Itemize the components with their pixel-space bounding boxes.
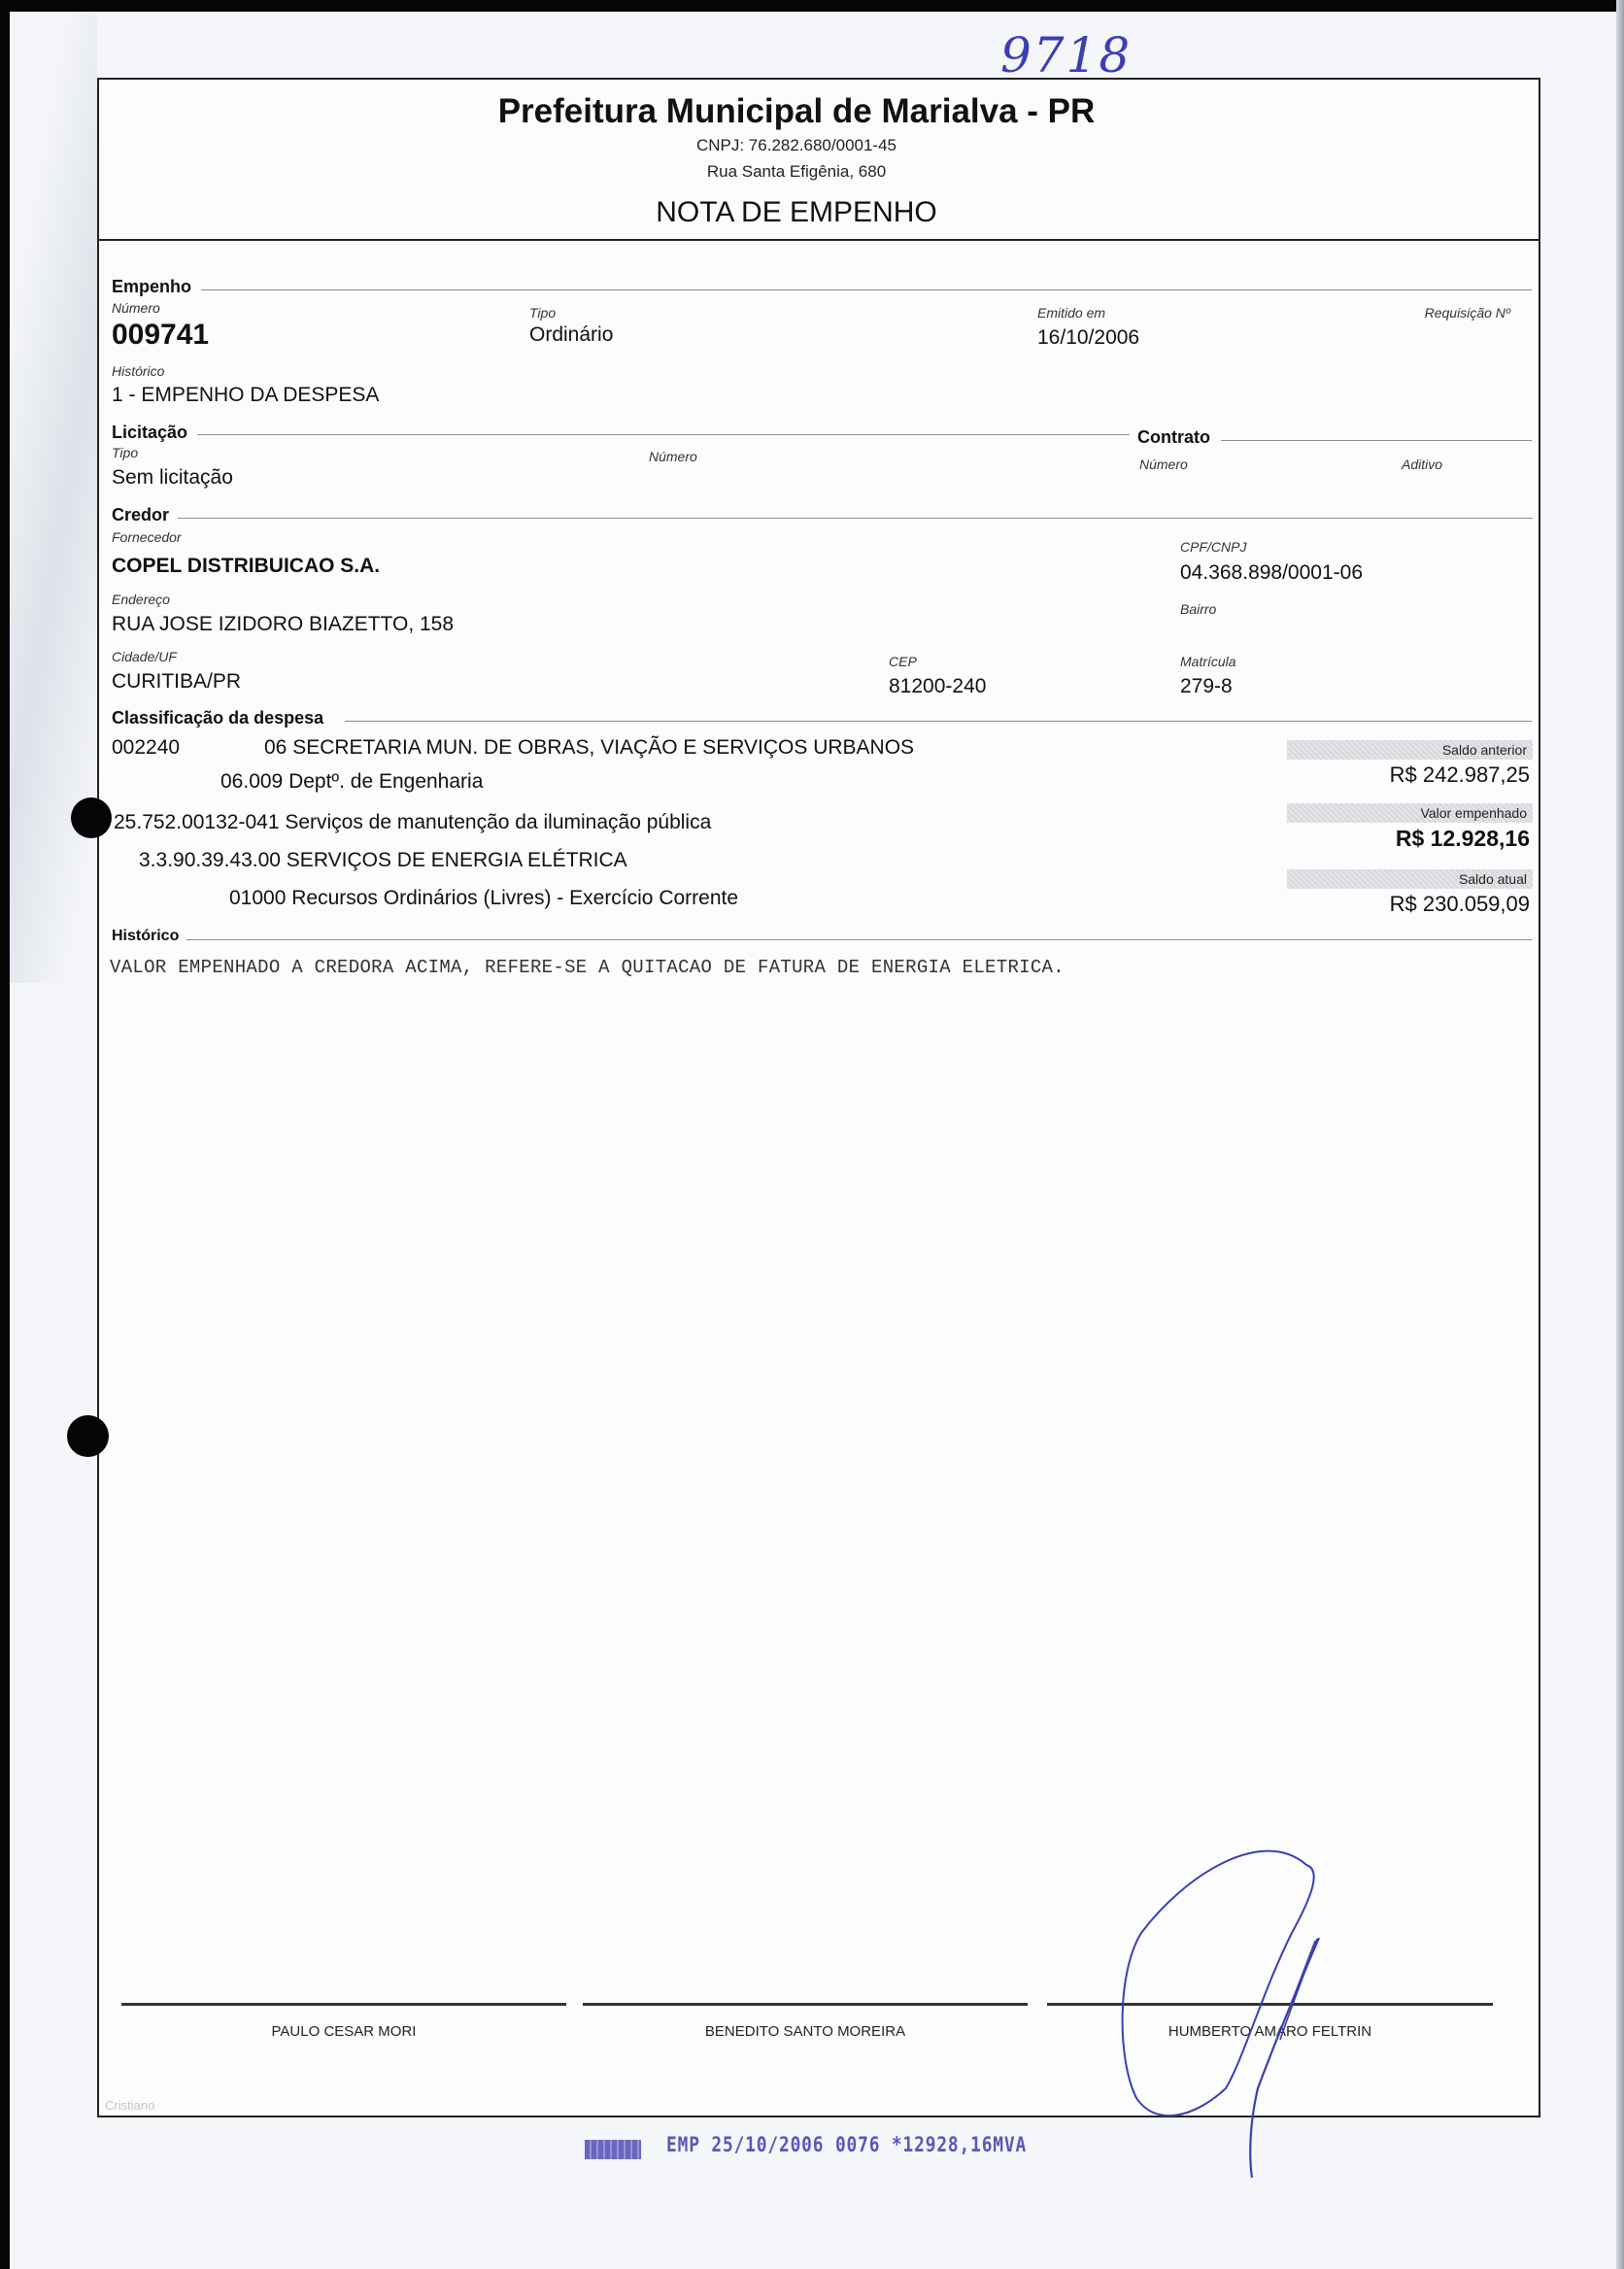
- handwritten-signature-icon: [0, 0, 1624, 2269]
